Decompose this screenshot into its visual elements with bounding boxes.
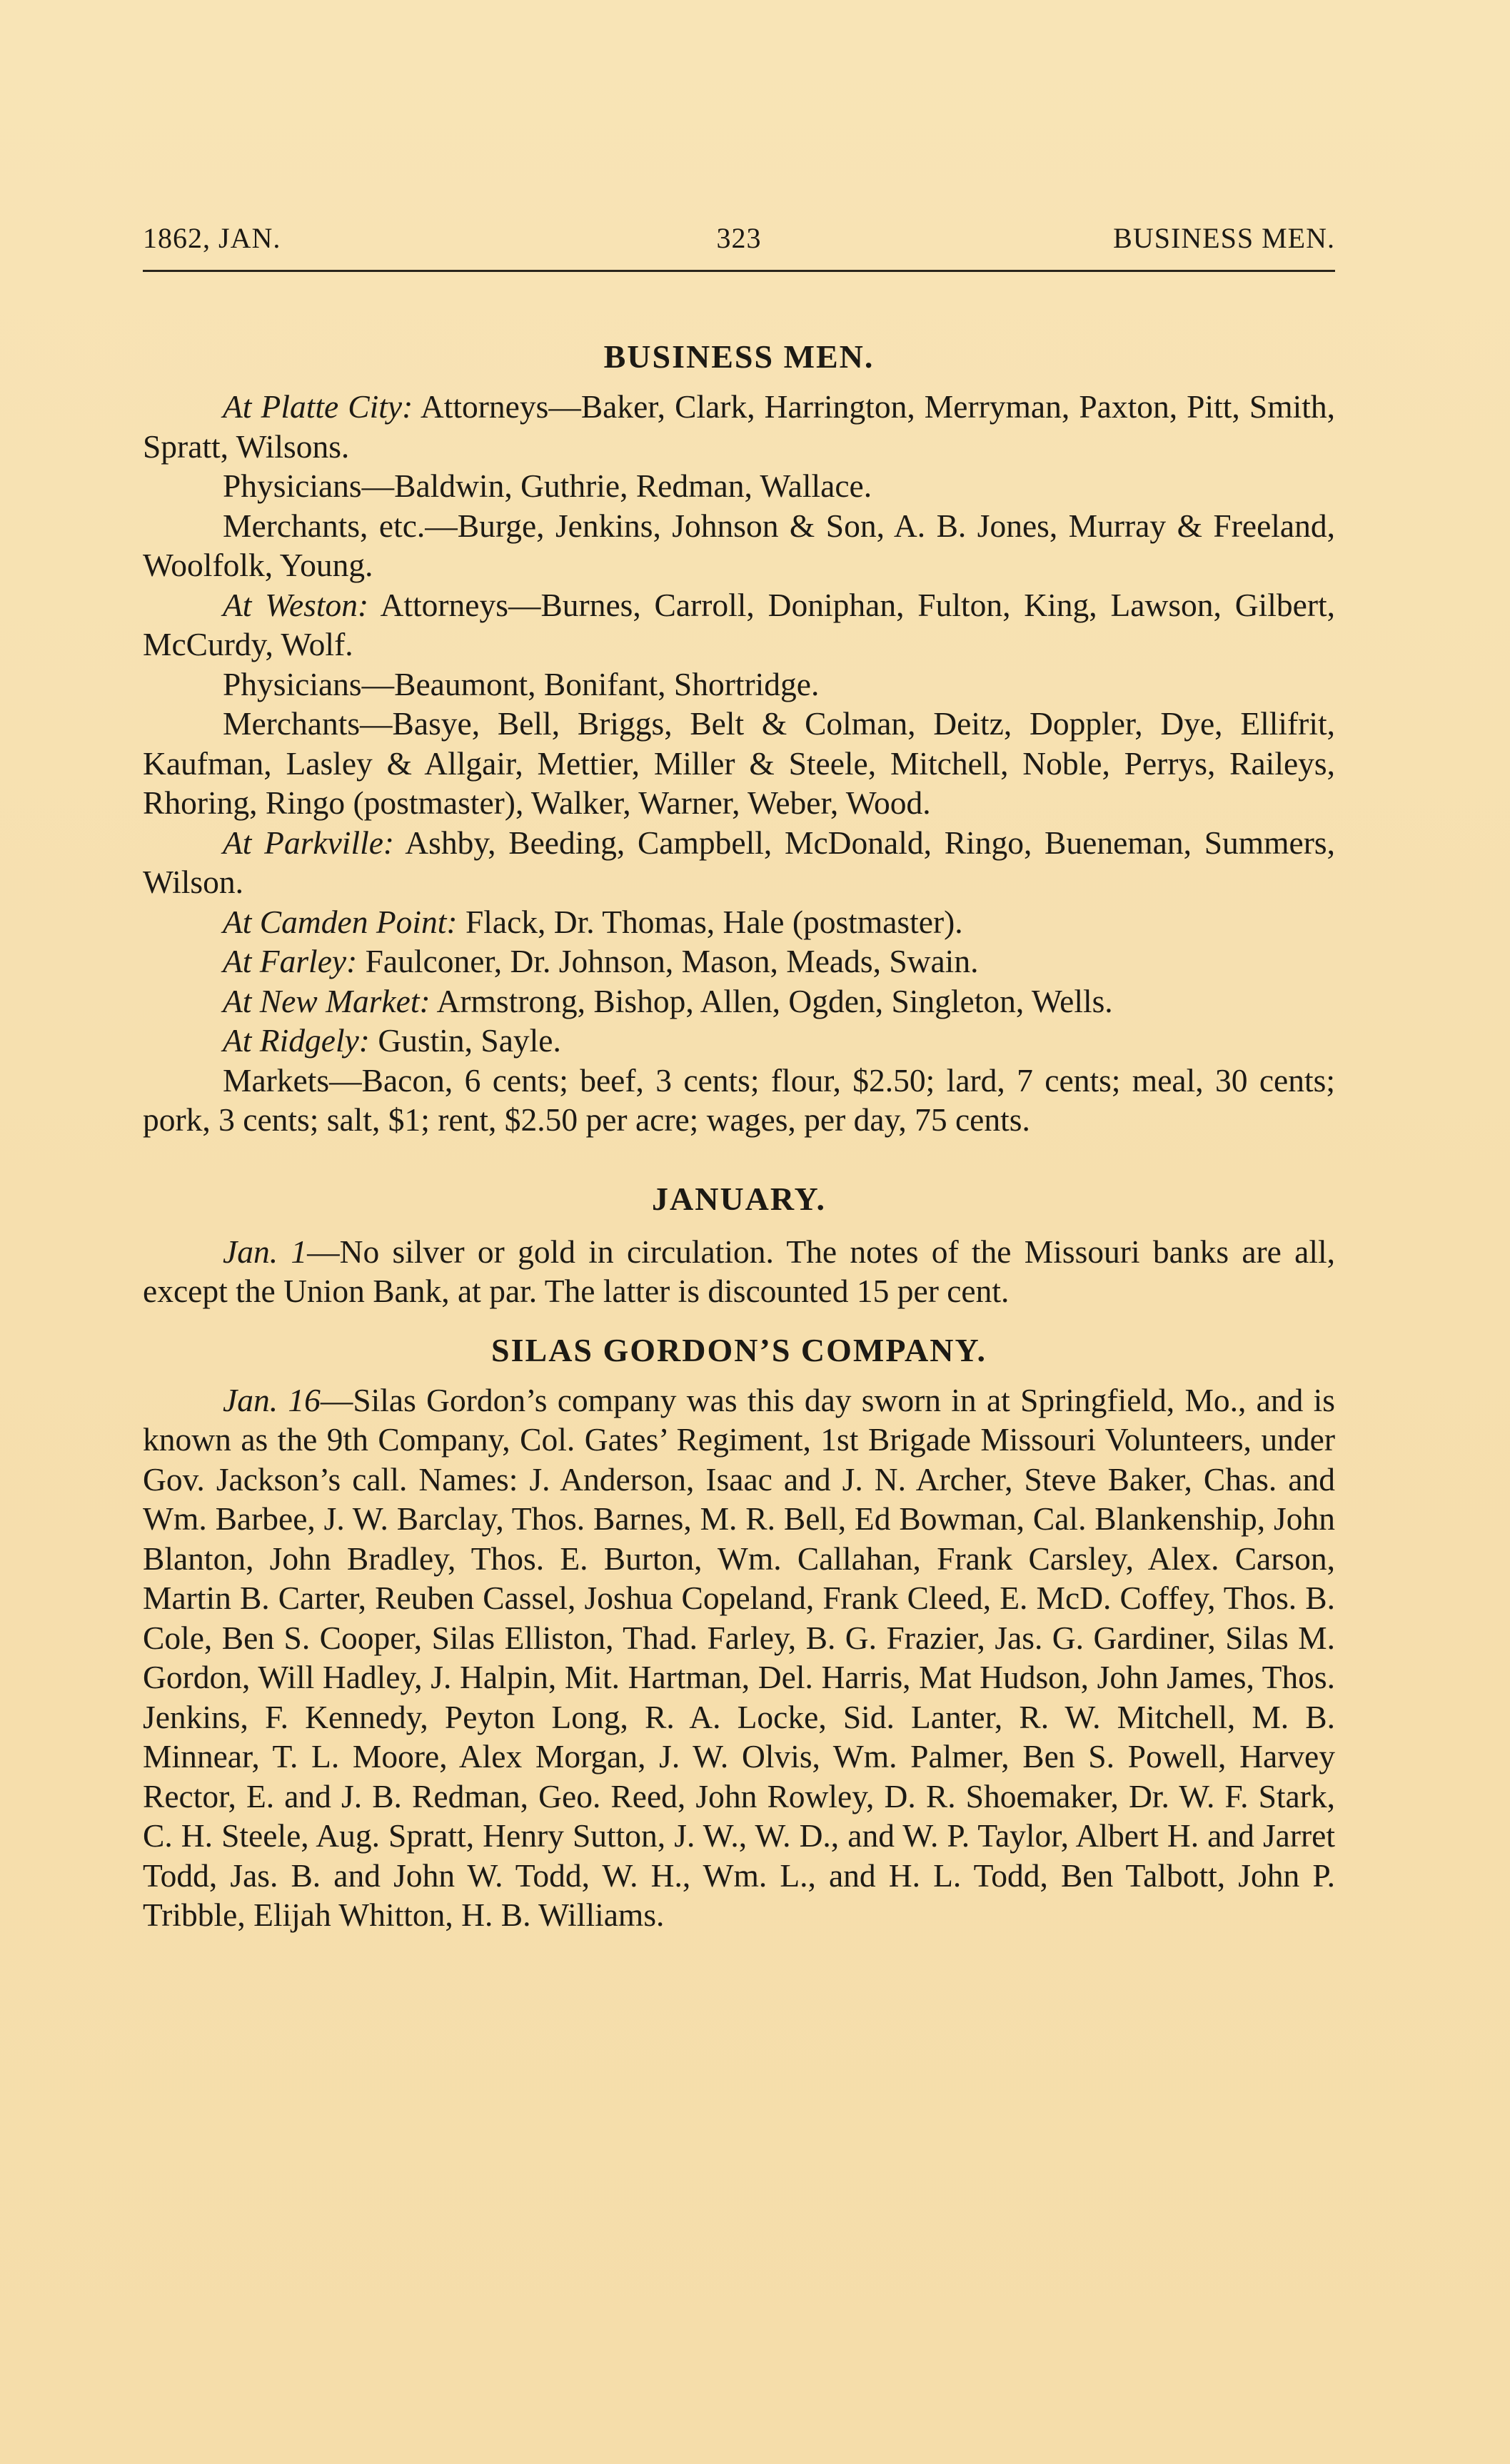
paragraph-camden-point: At Camden Point: Flack, Dr. Thomas, Hale… xyxy=(143,902,1335,942)
january-section: Jan. 1—No silver or gold in circulation.… xyxy=(143,1232,1335,1311)
place-label: At Platte City: xyxy=(223,388,413,425)
paragraph-platte-city-merchants: Merchants, etc.—Burge, Jenkins, Johnson … xyxy=(143,506,1335,585)
place-label: At Camden Point: xyxy=(223,904,458,940)
page-number: 323 xyxy=(143,221,1335,255)
header-rule xyxy=(143,270,1335,272)
book-page: 1862, JAN. 323 BUSINESS MEN. BUSINESS ME… xyxy=(143,221,1335,1935)
paragraph-jan-1: Jan. 1—No silver or gold in circulation.… xyxy=(143,1232,1335,1311)
business-men-section: At Platte City: Attorneys—Baker, Clark, … xyxy=(143,387,1335,1140)
section-heading-january: JANUARY. xyxy=(143,1180,1335,1218)
paragraph-weston-merchants: Merchants—Basye, Bell, Briggs, Belt & Co… xyxy=(143,704,1335,823)
place-label: At Ridgely: xyxy=(223,1022,370,1059)
paragraph-platte-city-physicians: Physicians—Baldwin, Guthrie, Redman, Wal… xyxy=(143,466,1335,506)
place-label: At New Market: xyxy=(223,983,431,1019)
paragraph-jan-16: Jan. 16—Silas Gordon’s company was this … xyxy=(143,1380,1335,1935)
names-label: Names: xyxy=(418,1461,518,1498)
date-label: Jan. 1 xyxy=(223,1233,307,1270)
silas-gordon-section: Jan. 16—Silas Gordon’s company was this … xyxy=(143,1380,1335,1935)
paragraph-weston-physicians: Physicians—Beaumont, Bonifant, Shortridg… xyxy=(143,665,1335,705)
section-heading-silas-gordons-company: SILAS GORDON’S COMPANY. xyxy=(143,1331,1335,1369)
paragraph-markets: Markets—Bacon, 6 cents; beef, 3 cents; f… xyxy=(143,1061,1335,1140)
paragraph-new-market: At New Market: Armstrong, Bishop, Allen,… xyxy=(143,981,1335,1021)
date-label: Jan. 16 xyxy=(223,1382,321,1418)
paragraph-weston-attorneys: At Weston: Attorneys—Burnes, Carroll, Do… xyxy=(143,585,1335,665)
section-heading-business-men: BUSINESS MEN. xyxy=(143,338,1335,375)
paragraph-ridgely: At Ridgely: Gustin, Sayle. xyxy=(143,1021,1335,1061)
place-label: At Weston: xyxy=(223,587,368,623)
place-label: At Parkville: xyxy=(223,824,394,861)
paragraph-parkville: At Parkville: Ashby, Beeding, Campbell, … xyxy=(143,823,1335,902)
paragraph-platte-city-attorneys: At Platte City: Attorneys—Baker, Clark, … xyxy=(143,387,1335,466)
names-list: J. Anderson, Isaac and J. N. Archer, Ste… xyxy=(143,1461,1335,1934)
running-head: 1862, JAN. 323 BUSINESS MEN. xyxy=(143,221,1335,261)
paragraph-farley: At Farley: Faulconer, Dr. Johnson, Mason… xyxy=(143,941,1335,981)
place-label: At Farley: xyxy=(223,943,357,979)
